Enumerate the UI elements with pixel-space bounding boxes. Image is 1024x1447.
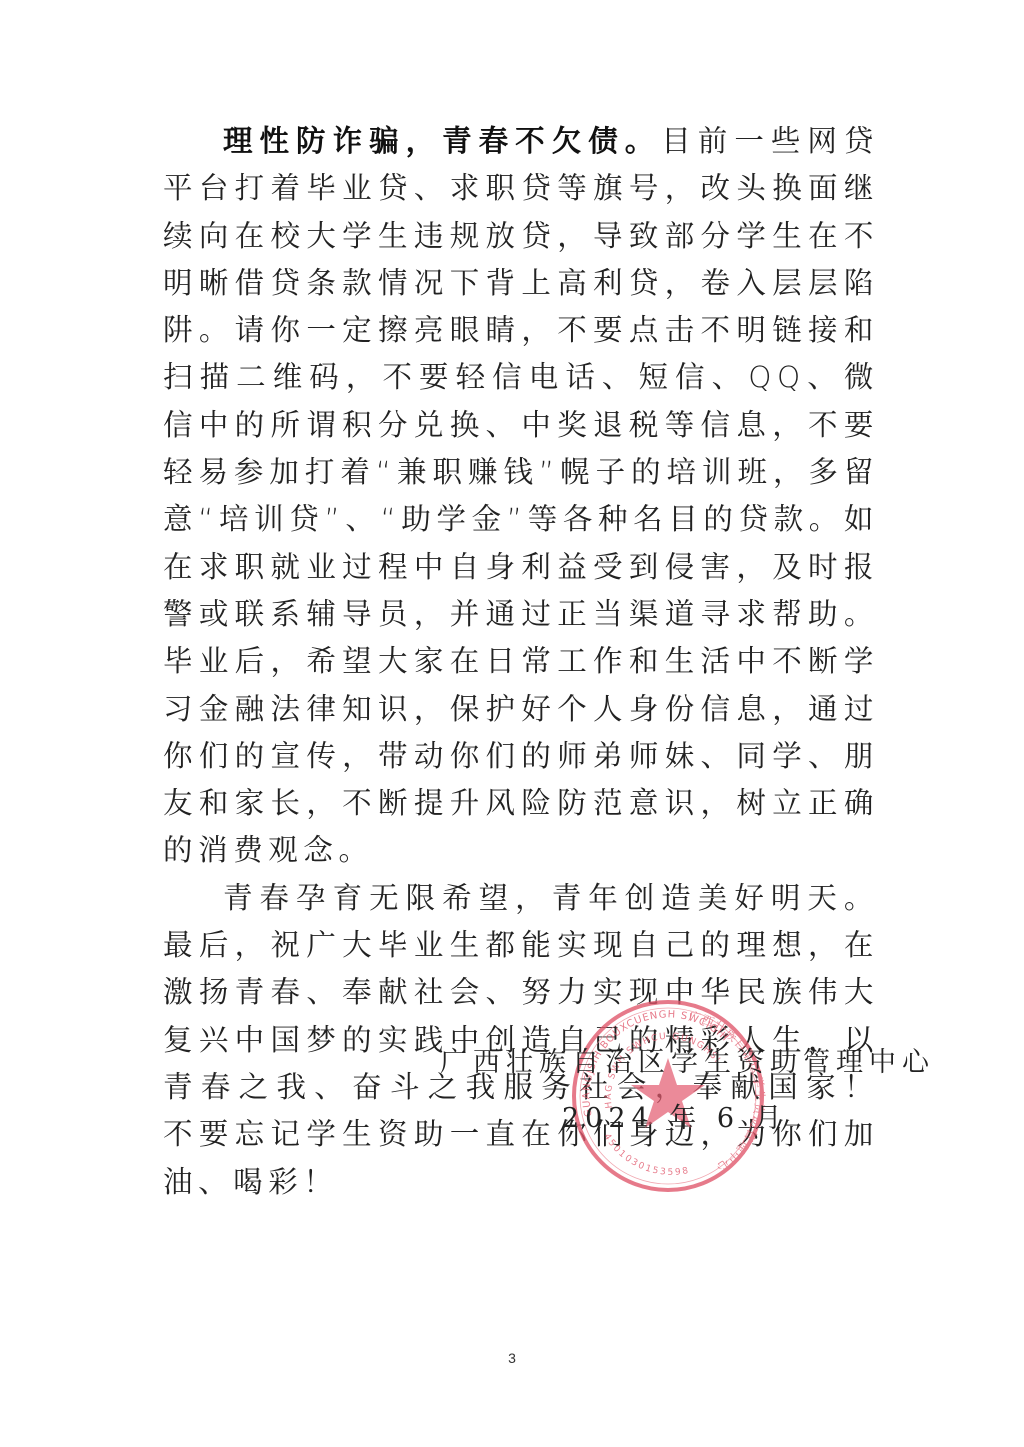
seal-chinese-text: 广西壮族自治区学生资助管理中心 xyxy=(687,1008,767,1175)
document-page: 理性防诈骗，青春不欠债。目前一些网贷平台打着毕业贷、求职贷等旗号，改头换面继续向… xyxy=(0,0,1024,1447)
svg-text:4501030153598: 4501030153598 xyxy=(601,1132,691,1178)
paragraph-fraud-prevention: 理性防诈骗，青春不欠债。目前一些网贷平台打着毕业贷、求职贷等旗号，改头换面继续向… xyxy=(163,118,879,875)
paragraph-lead-heading: 理性防诈骗，青春不欠债。 xyxy=(223,124,661,158)
paragraph-text: 目前一些网贷平台打着毕业贷、求职贷等旗号，改头换面继续向在校大学生违规放贷，导致… xyxy=(163,124,879,867)
issue-date: 2024 年 6 月 xyxy=(562,1096,788,1135)
issuing-organization: 广西壮族自治区学生资助管理中心 xyxy=(440,1040,935,1079)
svg-text:广西壮族自治区学生资助管理中心: 广西壮族自治区学生资助管理中心 xyxy=(687,1008,767,1175)
seal-serial-number: 4501030153598 xyxy=(601,1132,691,1178)
page-number: 3 xyxy=(0,1350,1024,1366)
